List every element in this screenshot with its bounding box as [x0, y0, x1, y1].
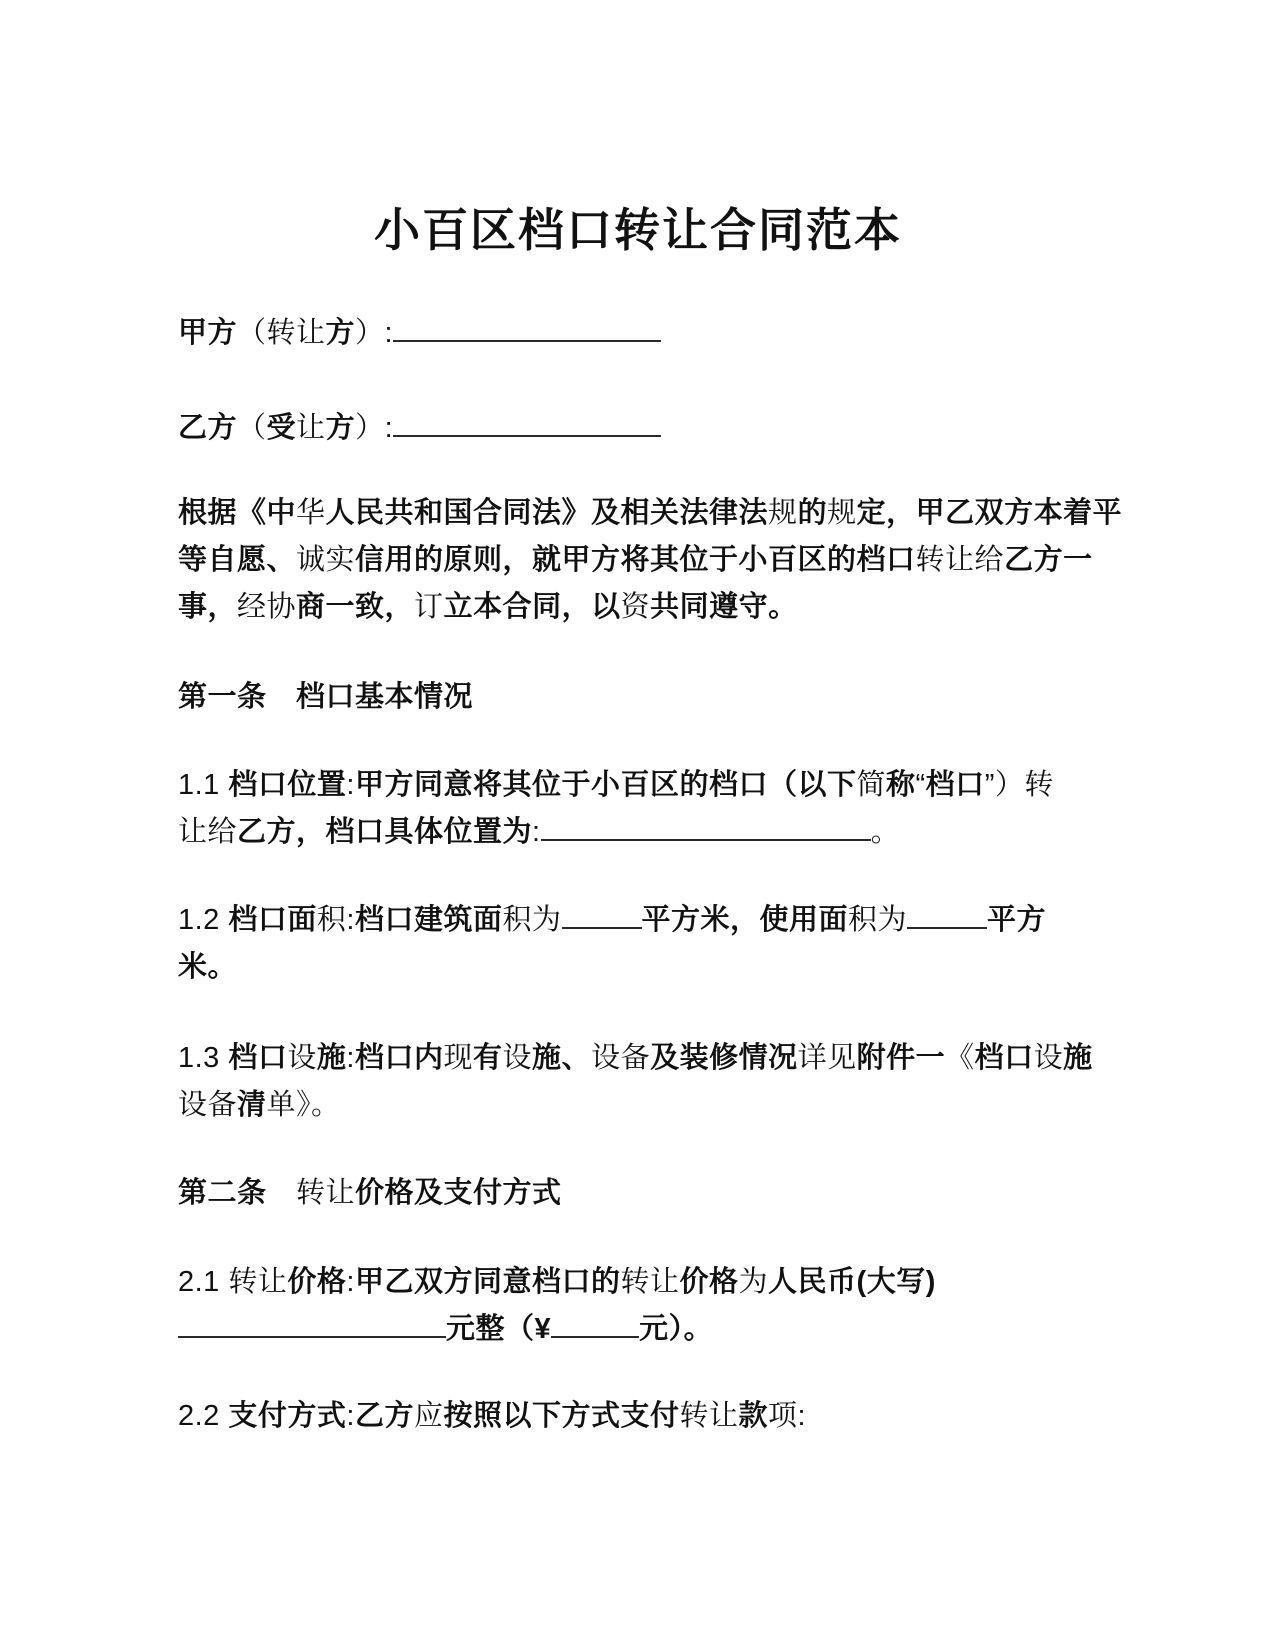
text-run: 转让: [296, 1177, 355, 1209]
text-run: 档口内: [355, 1042, 444, 1074]
text-run: 应: [414, 1400, 444, 1432]
section-heading-2: 第二条 转让价格及支付方式: [178, 1170, 1098, 1217]
text-run: 订: [414, 591, 444, 623]
text-run: 转: [1024, 769, 1054, 801]
text-run: 第一条 档口基本情况: [178, 681, 473, 713]
fill-in-blank: [551, 1332, 639, 1338]
text-run: 平方米，使用面: [642, 904, 849, 936]
text-run: 设备: [178, 1089, 237, 1121]
text-run: 档口: [228, 1042, 287, 1074]
text-run: 受: [267, 412, 297, 444]
clause-2-2: 2.2 支付方式:乙方应按照以下方式支付转让款项:: [178, 1393, 1098, 1440]
text-run: :: [346, 904, 355, 936]
text-run: 2.2: [178, 1400, 228, 1432]
text-run: 1.3: [178, 1042, 228, 1074]
fill-in-blank: [907, 923, 987, 929]
text-run: 及装修情况: [650, 1042, 798, 1074]
text-line: 第二条 转让价格及支付方式: [178, 1170, 1098, 1217]
text-run: 档口建筑面: [355, 904, 503, 936]
text-run: 米。: [178, 951, 237, 983]
text-line: 元整（¥元）。: [178, 1306, 1098, 1353]
text-run: 规: [768, 497, 798, 529]
text-run: 《: [945, 1042, 975, 1074]
text-run: 详见: [798, 1042, 857, 1074]
text-run: 人民共和国合同法》及相关法律法: [326, 497, 769, 529]
text-run: 价格及支付方式: [355, 1177, 562, 1209]
text-run: 设备: [591, 1042, 650, 1074]
text-run: 让: [296, 412, 326, 444]
text-run: 诚实: [296, 544, 355, 576]
text-run: 。: [871, 816, 901, 848]
text-run: 乙方: [178, 412, 237, 444]
text-run: 施: [317, 1042, 347, 1074]
text-run: 规: [827, 497, 857, 529]
text-run: 根据《中: [178, 497, 296, 529]
text-line: 事，经协商一致，订立本合同，以资共同遵守。: [178, 584, 1098, 631]
text-run: 设: [287, 1042, 317, 1074]
text-line: 让给乙方，档口具体位置为:。: [178, 809, 1098, 856]
text-run: 简: [856, 769, 886, 801]
text-run: 甲方同意将其位于小百区的档口（以下: [355, 769, 857, 801]
text-run: 档口: [926, 769, 985, 801]
contract-content: 小百区档口转让合同范本 甲方（转让方）: 乙方（受让方）: 根据《中华人民共和国…: [178, 0, 1098, 1440]
text-run: 立本合同，以: [444, 591, 621, 623]
text-run: （: [237, 412, 267, 444]
fill-in-blank: [541, 835, 871, 841]
text-run: 的: [798, 497, 828, 529]
text-line: 第一条 档口基本情况: [178, 674, 1098, 721]
text-run: 定，甲乙双方本着平: [857, 497, 1123, 529]
text-run: ”）: [985, 769, 1025, 801]
fill-in-blank: [562, 923, 642, 929]
text-run: :: [532, 816, 541, 848]
clause-1-3: 1.3 档口设施:档口内现有设施、设备及装修情况详见附件一《档口设施设备清单》。: [178, 1035, 1098, 1129]
text-run: 支付方式: [228, 1400, 346, 1432]
text-run: :: [798, 1400, 807, 1432]
text-line: 1.2 档口面积:档口建筑面积为平方米，使用面积为平方: [178, 897, 1098, 944]
text-run: 华: [296, 497, 326, 529]
text-run: 甲乙双方同意档口的: [355, 1266, 621, 1298]
text-line: 1.1 档口位置:甲方同意将其位于小百区的档口（以下简称“档口”）转: [178, 762, 1098, 809]
text-run: 资: [621, 591, 651, 623]
text-run: 转让: [228, 1266, 287, 1298]
section-heading-1: 第一条 档口基本情况: [178, 674, 1098, 721]
text-run: 1.2: [178, 904, 228, 936]
text-run: 甲方: [178, 317, 237, 349]
text-run: 事，: [178, 591, 237, 623]
text-run: 为: [739, 1266, 769, 1298]
text-run: ）:: [355, 317, 393, 349]
fill-in-blank: [393, 431, 661, 437]
text-line: 等自愿、诚实信用的原则，就甲方将其位于小百区的档口转让给乙方一: [178, 537, 1098, 584]
text-run: 信用的原则，就甲方将其位于小百区的档口: [355, 544, 916, 576]
party-b-line: 乙方（受让方）:: [178, 405, 1098, 452]
text-line: 米。: [178, 944, 1098, 991]
text-run: ）:: [355, 412, 393, 444]
text-run: 乙方一: [1004, 544, 1093, 576]
fill-in-blank: [178, 1332, 446, 1338]
text-run: 档口面: [228, 904, 317, 936]
text-run: 元）。: [639, 1313, 713, 1345]
text-line: 设备清单》。: [178, 1082, 1098, 1129]
text-run: “: [916, 769, 926, 801]
text-run: 等自愿、: [178, 544, 296, 576]
text-run: 共同遵守。: [650, 591, 798, 623]
clause-2-1: 2.1 转让价格:甲乙双方同意档口的转让价格为人民币(大写)元整（¥元）。: [178, 1259, 1098, 1353]
text-run: 元整（¥: [446, 1313, 551, 1345]
text-run: 人民币(大写): [768, 1266, 936, 1298]
text-run: 方: [326, 317, 356, 349]
text-run: 转让: [620, 1266, 679, 1298]
text-run: 单: [267, 1089, 297, 1121]
text-run: 第二条: [178, 1177, 296, 1209]
text-run: 积: [317, 904, 347, 936]
text-line: 根据《中华人民共和国合同法》及相关法律法规的规定，甲乙双方本着平: [178, 490, 1098, 537]
text-run: 按照以下方式支付: [443, 1400, 679, 1432]
contract-page: 小百区档口转让合同范本 甲方（转让方）: 乙方（受让方）: 根据《中华人民共和国…: [0, 0, 1275, 1650]
clause-1-2: 1.2 档口面积:档口建筑面积为平方米，使用面积为平方米。: [178, 897, 1098, 991]
text-run: 清: [237, 1089, 267, 1121]
text-run: 施: [1063, 1042, 1093, 1074]
text-run: 价格: [287, 1266, 346, 1298]
text-line: 2.1 转让价格:甲乙双方同意档口的转让价格为人民币(大写): [178, 1259, 1098, 1306]
text-run: 商一致，: [296, 591, 414, 623]
text-run: （转让: [237, 317, 326, 349]
text-run: 价格: [680, 1266, 739, 1298]
text-line: 1.3 档口设施:档口内现有设施、设备及装修情况详见附件一《档口设施: [178, 1035, 1098, 1082]
text-run: 》。: [296, 1089, 341, 1121]
text-run: 让给: [178, 816, 237, 848]
text-run: 施、: [532, 1042, 591, 1074]
fill-in-blank: [393, 336, 661, 342]
text-line: 小百区档口转让合同范本: [178, 200, 1098, 260]
text-run: 款: [739, 1400, 769, 1432]
text-run: 方: [326, 412, 356, 444]
text-run: 项: [768, 1400, 798, 1432]
text-run: 2.1: [178, 1266, 228, 1298]
text-line: 乙方（受让方）:: [178, 405, 1098, 452]
text-run: :: [346, 1400, 355, 1432]
text-run: 平方: [987, 904, 1046, 936]
text-run: 档口位置: [228, 769, 346, 801]
text-run: 现: [444, 1042, 474, 1074]
text-run: 积为: [848, 904, 907, 936]
text-run: 乙方，档口具体位置为: [237, 816, 532, 848]
page-title: 小百区档口转让合同范本: [178, 200, 1098, 260]
text-run: 设: [1034, 1042, 1064, 1074]
text-run: :: [346, 769, 355, 801]
text-run: 1.1: [178, 769, 228, 801]
text-run: 转让: [680, 1400, 739, 1432]
text-run: 乙方: [355, 1400, 414, 1432]
party-a-line: 甲方（转让方）:: [178, 310, 1098, 357]
text-run: 转让给: [916, 544, 1005, 576]
text-run: 有: [473, 1042, 503, 1074]
clause-1-1: 1.1 档口位置:甲方同意将其位于小百区的档口（以下简称“档口”）转让给乙方，档…: [178, 762, 1098, 856]
text-line: 甲方（转让方）:: [178, 310, 1098, 357]
text-run: 小百区档口转让合同范本: [374, 204, 902, 256]
text-run: 档口: [975, 1042, 1034, 1074]
text-run: 附件一: [857, 1042, 946, 1074]
text-line: 2.2 支付方式:乙方应按照以下方式支付转让款项:: [178, 1393, 1098, 1440]
text-run: :: [346, 1266, 355, 1298]
text-run: 设: [503, 1042, 533, 1074]
text-run: 经协: [237, 591, 296, 623]
preamble: 根据《中华人民共和国合同法》及相关法律法规的规定，甲乙双方本着平等自愿、诚实信用…: [178, 490, 1098, 631]
text-run: 积为: [502, 904, 561, 936]
text-run: 称: [886, 769, 916, 801]
text-run: :: [346, 1042, 355, 1074]
